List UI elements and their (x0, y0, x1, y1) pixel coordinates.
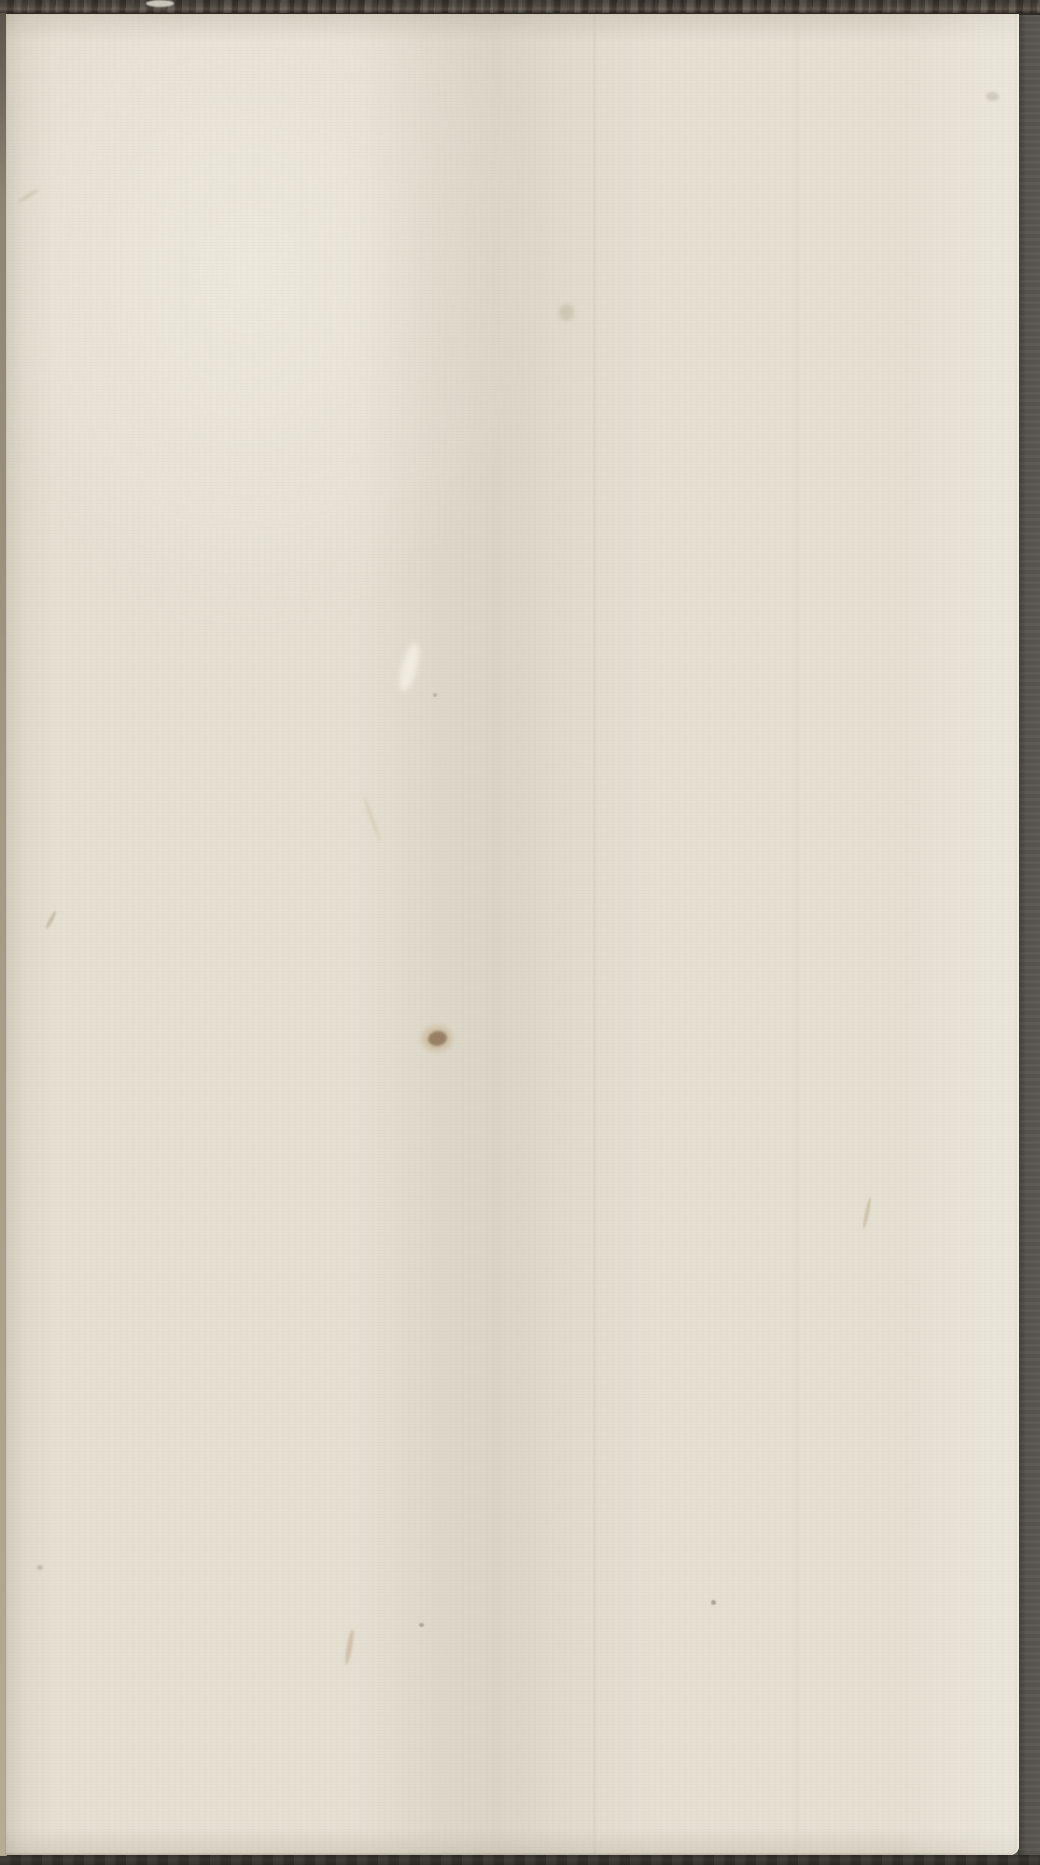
light-scuff-upper (396, 641, 423, 693)
speck-left-lower (37, 1565, 43, 1570)
smudge-upper-center (559, 304, 574, 321)
mark-top-right (986, 92, 999, 101)
crease-upper-middle (362, 796, 382, 842)
scanned-blank-page (0, 0, 1040, 1865)
dot-bottom-left (419, 1623, 424, 1627)
dot-mid-upper (433, 693, 437, 697)
blemish-layer (0, 0, 1040, 1865)
fiber-right (862, 1197, 873, 1229)
dot-bottom-right (711, 1600, 716, 1605)
fleck-top-edge (146, 0, 174, 7)
crease-bottom-left (344, 1629, 355, 1665)
fiber-left (45, 910, 58, 930)
crease-top-left (17, 188, 39, 204)
